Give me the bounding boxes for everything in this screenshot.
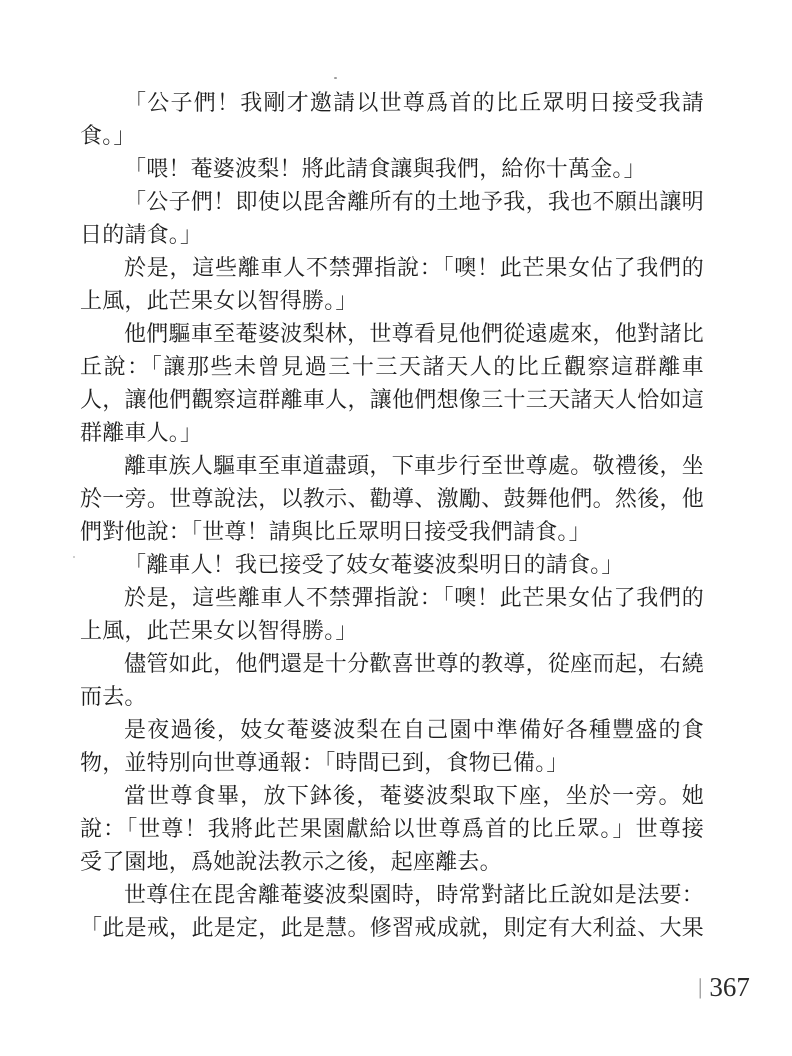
text-line: 「公子們！我剛才邀請以世尊爲首的比丘眾明日接受我請 bbox=[80, 86, 704, 119]
text-line: 物，並特別向世尊通報：「時間已到，食物已備。」 bbox=[80, 746, 704, 779]
page-footer: | 367 bbox=[698, 972, 750, 1003]
text-line: 說：「世尊！我將此芒果園獻給以世尊爲首的比丘眾。」世尊接 bbox=[80, 812, 704, 845]
text-line: 群離車人。」 bbox=[80, 416, 704, 449]
body-text: 「公子們！我剛才邀請以世尊爲首的比丘眾明日接受我請食。」「喂！菴婆波梨！將此請食… bbox=[80, 86, 704, 944]
text-line: 是夜過後，妓女菴婆波梨在自己園中準備好各種豐盛的食 bbox=[80, 713, 704, 746]
footer-separator: | bbox=[698, 974, 702, 1000]
text-line: 受了園地，爲她說法教示之後，起座離去。 bbox=[80, 845, 704, 878]
page-number: 367 bbox=[709, 972, 750, 1003]
text-line: 上風，此芒果女以智得勝。」 bbox=[80, 614, 704, 647]
text-line: 「喂！菴婆波梨！將此請食讓與我們，給你十萬金。」 bbox=[80, 152, 704, 185]
text-line: 儘管如此，他們還是十分歡喜世尊的教導，從座而起，右繞 bbox=[80, 647, 704, 680]
text-line: 們對他說：「世尊！請與比丘眾明日接受我們請食。」 bbox=[80, 515, 704, 548]
text-line: 食。」 bbox=[80, 119, 704, 152]
text-line: 「公子們！即使以毘舍離所有的土地予我，我也不願出讓明 bbox=[80, 185, 704, 218]
text-line: 「此是戒，此是定，此是慧。修習戒成就，則定有大利益、大果 bbox=[80, 911, 704, 944]
text-line: 丘說：「讓那些未曾見過三十三天諸天人的比丘觀察這群離車 bbox=[80, 350, 704, 383]
text-line: 於是，這些離車人不禁彈指說：「噢！此芒果女佔了我們的 bbox=[80, 251, 704, 284]
scan-speck bbox=[73, 556, 75, 558]
text-line: 於是，這些離車人不禁彈指說：「噢！此芒果女佔了我們的 bbox=[80, 581, 704, 614]
text-line: 上風，此芒果女以智得勝。」 bbox=[80, 284, 704, 317]
text-line: 離車族人驅車至車道盡頭，下車步行至世尊處。敬禮後，坐 bbox=[80, 449, 704, 482]
text-line: 而去。 bbox=[80, 680, 704, 713]
text-line: 「離車人！我已接受了妓女菴婆波梨明日的請食。」 bbox=[80, 548, 704, 581]
text-line: 人，讓他們觀察這群離車人，讓他們想像三十三天諸天人恰如這 bbox=[80, 383, 704, 416]
text-line: 於一旁。世尊說法，以教示、勸導、激勵、鼓舞他們。然後，他 bbox=[80, 482, 704, 515]
scan-speck bbox=[334, 77, 337, 79]
text-line: 世尊住在毘舍離菴婆波梨園時，時常對諸比丘說如是法要： bbox=[80, 878, 704, 911]
text-line: 他們驅車至菴婆波梨林，世尊看見他們從遠處來，他對諸比 bbox=[80, 317, 704, 350]
text-line: 日的請食。」 bbox=[80, 218, 704, 251]
text-line: 當世尊食畢，放下鉢後，菴婆波梨取下座，坐於一旁。她 bbox=[80, 779, 704, 812]
book-page: 「公子們！我剛才邀請以世尊爲首的比丘眾明日接受我請食。」「喂！菴婆波梨！將此請食… bbox=[0, 0, 792, 1056]
